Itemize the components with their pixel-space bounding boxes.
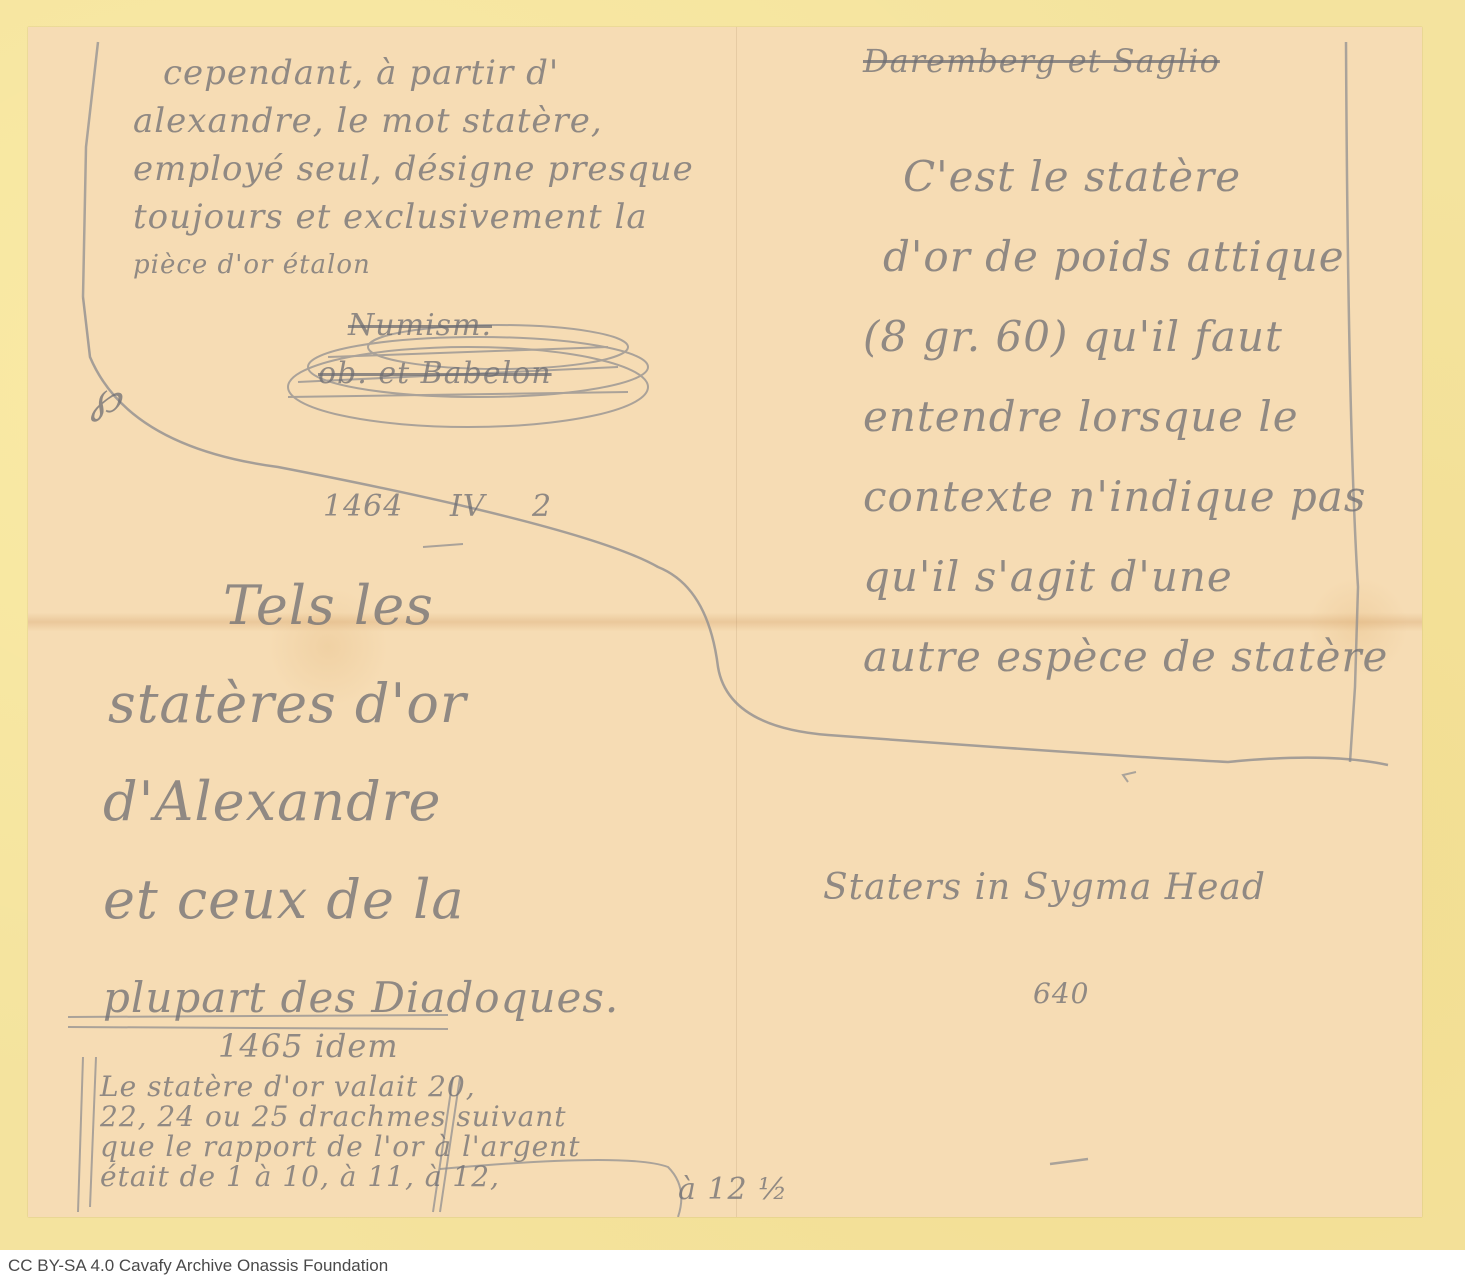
line: était de 1 à 10, à 11, à 12,	[100, 1162, 580, 1192]
bottom-continuation: à 12 ½	[678, 1172, 788, 1207]
line: Numism.	[318, 302, 552, 350]
source-heading: Daremberg et Saglio	[863, 42, 1220, 80]
reference-part: 2	[532, 489, 552, 524]
line: qu'il s'agit d'une	[863, 537, 1388, 617]
note-bottom-left: Le statère d'or valait 20, 22, 24 ou 25 …	[100, 1072, 580, 1192]
line: Tels les	[73, 557, 619, 655]
line: ob. et Babelon	[318, 350, 552, 398]
line: (8 gr. 60) qu'il faut	[863, 297, 1388, 377]
note-number-640: 640	[1033, 977, 1089, 1010]
line: 22, 24 ou 25 drachmes suivant	[100, 1102, 580, 1132]
line: d'or de poids attique	[863, 217, 1388, 297]
reference-volume: IV	[450, 489, 486, 524]
note-top-right: C'est le statère d'or de poids attique (…	[863, 137, 1388, 697]
reference-1464: 1464 IV 2	[323, 489, 552, 524]
line: C'est le statère	[863, 137, 1388, 217]
line: alexandre, le mot statère,	[133, 97, 694, 145]
line: pièce d'or étalon	[133, 241, 694, 289]
note-right-lower: Staters in Sygma Head	[823, 867, 1266, 908]
line: que le rapport de l'or à l'argent	[100, 1132, 580, 1162]
line: autre espèce de statère	[863, 617, 1388, 697]
margin-mark: ℘	[90, 372, 122, 423]
note-left-middle: Tels les statères d'or d'Alexandre et ce…	[73, 557, 619, 1047]
note-top-left: cependant, à partir d' alexandre, le mot…	[133, 49, 694, 289]
manuscript-page: cependant, à partir d' alexandre, le mot…	[28, 27, 1422, 1217]
line: entendre lorsque le	[863, 377, 1388, 457]
bottom-heading: 1465 idem	[218, 1027, 399, 1065]
reference-number: 1464	[323, 489, 403, 524]
line: d'Alexandre	[73, 753, 619, 851]
line: cependant, à partir d'	[133, 49, 694, 97]
line: statères d'or	[73, 655, 619, 753]
line: contexte n'indique pas	[863, 457, 1388, 537]
line: toujours et exclusivement la	[133, 193, 694, 241]
license-credit: CC BY-SA 4.0 Cavafy Archive Onassis Foun…	[8, 1256, 388, 1276]
fold-line	[736, 27, 737, 1217]
crossed-out-text: Numism. ob. et Babelon	[318, 302, 552, 398]
line: employé seul, désigne presque	[133, 145, 694, 193]
line: Le statère d'or valait 20,	[100, 1072, 580, 1102]
line: et ceux de la	[73, 851, 619, 949]
